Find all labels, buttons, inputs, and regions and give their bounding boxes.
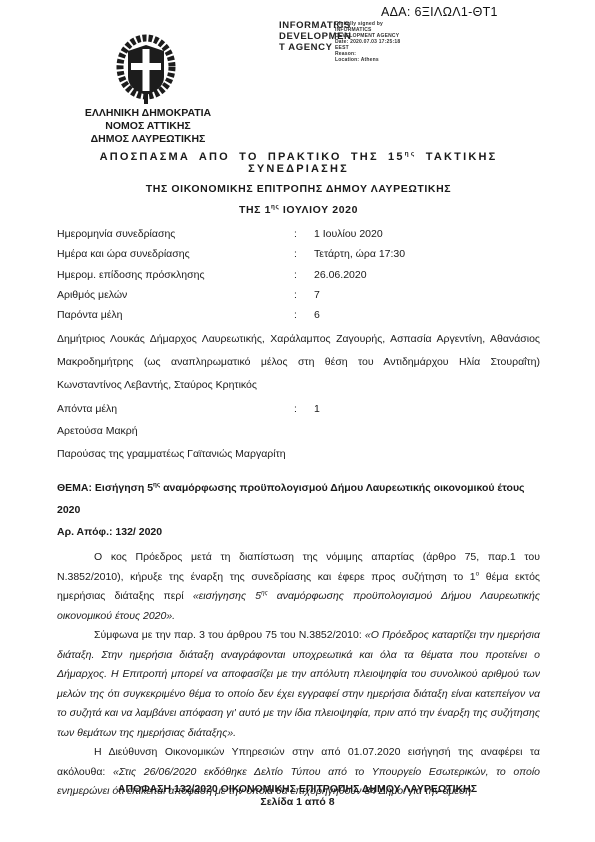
title-line-3: ΤΗΣ 1ης ΙΟΥΛΙΟΥ 2020 [57,204,540,216]
detail-label: Απόντα μέλη [57,403,294,415]
detail-value: 1 [314,403,540,415]
table-row: Ημερομ. επίδοσης πρόσκλησης : 26.06.2020 [57,265,540,285]
detail-separator: : [294,309,314,321]
detail-label: Παρόντα μέλη [57,309,294,321]
detail-separator: : [294,403,314,415]
document-page: ΑΔΑ: 6ΞΙΛΩΛ1-ΘΤ1 INFORMATICS DEVELOPMEN … [0,0,595,842]
title-line-2: ΤΗΣ ΟΙΚΟΝΟΜΙΚΗΣ ΕΠΙΤΡΟΠΗΣ ΔΗΜΟΥ ΛΑΥΡΕΩΤΙ… [57,183,540,195]
detail-separator: : [294,289,314,301]
detail-label: Ημερομ. επίδοσης πρόσκλησης [57,269,294,281]
body-paragraph-2: Σύμφωνα με την παρ. 3 του άρθρου 75 του … [57,626,540,743]
letterhead-line-republic: ΕΛΛΗΝΙΚΗ ΔΗΜΟΚΡΑΤΙΑ [36,107,260,120]
digital-signature-stamp: Digitally signed by INFORMATICS DEVELOPM… [335,21,400,63]
letterhead-line-prefecture: ΝΟΜΟΣ ΑΤΤΙΚΗΣ [36,120,260,133]
ada-number: ΑΔΑ: 6ΞΙΛΩΛ1-ΘΤ1 [381,5,498,19]
detail-label: Ημέρα και ώρα συνεδρίασης [57,248,294,260]
table-row: Απόντα μέλη : 1 [57,397,540,420]
table-row: Ημερομηνία συνεδρίασης : 1 Ιουλίου 2020 [57,224,540,244]
page-footer: ΑΠΟΦΑΣΗ 132/2020 ΟΙΚΟΝΟΜΙΚΗΣ ΕΠΙΤΡΟΠΗΣ Δ… [0,783,595,809]
footer-decision-line: ΑΠΟΦΑΣΗ 132/2020 ΟΙΚΟΝΟΜΙΚΗΣ ΕΠΙΤΡΟΠΗΣ Δ… [0,783,595,796]
footer-page-number: Σελίδα 1 από 8 [0,796,595,809]
table-row: Ημέρα και ώρα συνεδρίασης : Τετάρτη, ώρα… [57,244,540,264]
title-line-1: ΑΠΟΣΠΑΣΜΑ ΑΠΟ ΤΟ ΠΡΑΚΤΙΚΟ ΤΗΣ 15ης ΤΑΚΤΙ… [57,151,540,175]
detail-separator: : [294,248,314,260]
session-details-table: Ημερομηνία συνεδρίασης : 1 Ιουλίου 2020 … [57,224,540,325]
secretary-line: Παρούσας της γραμματέως Γαϊτανιώς Μαργαρ… [57,443,540,466]
decision-number-line: Αρ. Απόφ.: 132/ 2020 [57,521,540,543]
letterhead: ΕΛΛΗΝΙΚΗ ΔΗΜΟΚΡΑΤΙΑ ΝΟΜΟΣ ΑΤΤΙΚΗΣ ΔΗΜΟΣ … [36,107,260,146]
letterhead-line-municipality: ΔΗΜΟΣ ΛΑΥΡΕΩΤΙΚΗΣ [36,133,260,146]
detail-value: 7 [314,289,540,301]
table-row: Αριθμός μελών : 7 [57,285,540,305]
stamp-line: Location: Athens [335,57,400,63]
present-members-text: Δημήτριος Λουκάς Δήμαρχος Λαυρεωτικής, Χ… [57,328,540,397]
detail-separator: : [294,269,314,281]
detail-value: 6 [314,309,540,321]
detail-label: Ημερομηνία συνεδρίασης [57,228,294,240]
table-row: Παρόντα μέλη : 6 [57,305,540,325]
absent-member-name: Αρετούσα Μακρή [57,420,540,443]
page-header: ΑΔΑ: 6ΞΙΛΩΛ1-ΘΤ1 INFORMATICS DEVELOPMEN … [0,0,595,148]
detail-separator: : [294,228,314,240]
subject-line: ΘΕΜΑ: Εισήγηση 5ης αναμόρφωσης προϋπολογ… [57,477,540,521]
greek-emblem-icon [114,34,178,106]
detail-value: 26.06.2020 [314,269,540,281]
detail-label: Αριθμός μελών [57,289,294,301]
detail-value: Τετάρτη, ώρα 17:30 [314,248,540,260]
detail-value: 1 Ιουλίου 2020 [314,228,540,240]
body-paragraph-1: Ο κος Πρόεδρος μετά τη διαπίστωση της νό… [57,548,540,626]
document-body: ΑΠΟΣΠΑΣΜΑ ΑΠΟ ΤΟ ΠΡΑΚΤΙΚΟ ΤΗΣ 15ης ΤΑΚΤΙ… [0,151,595,802]
